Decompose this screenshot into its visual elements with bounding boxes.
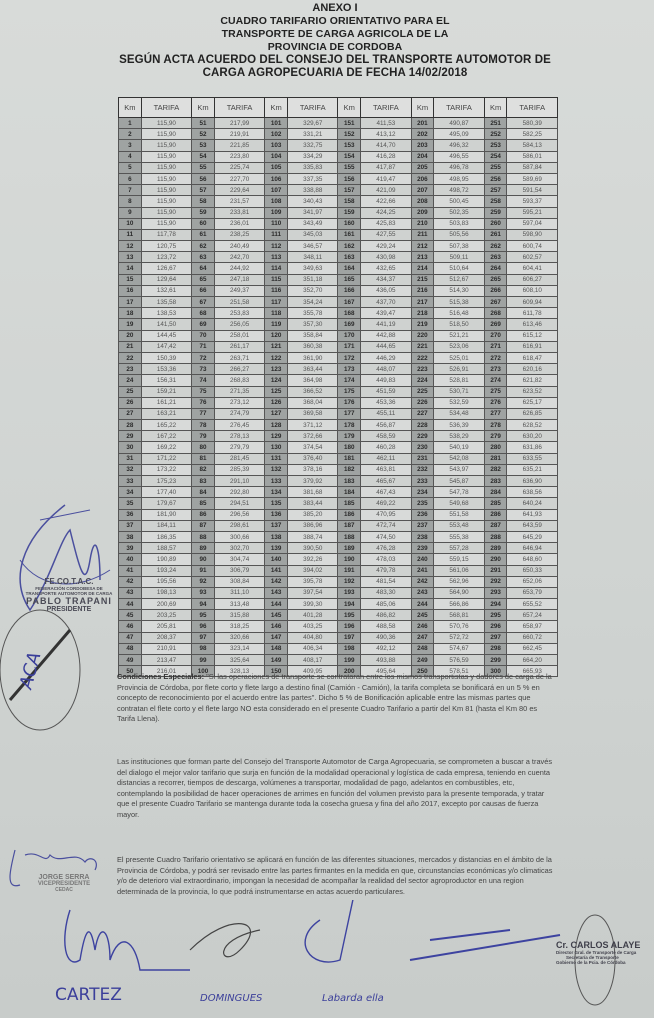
tarifa-cell: 231,57 bbox=[214, 196, 264, 207]
km-cell: 98 bbox=[192, 643, 215, 654]
km-cell: 11 bbox=[119, 229, 142, 240]
tarifa-cell: 404,80 bbox=[288, 632, 338, 643]
tarifa-cell: 580,39 bbox=[507, 118, 558, 129]
km-cell: 23 bbox=[119, 364, 142, 375]
km-cell: 25 bbox=[119, 386, 142, 397]
km-cell: 225 bbox=[411, 386, 434, 397]
km-cell: 174 bbox=[338, 375, 361, 386]
km-cell: 18 bbox=[119, 308, 142, 319]
table-row: 32173,2282285,39132378,16182463,81232543… bbox=[119, 464, 558, 475]
km-cell: 1 bbox=[119, 118, 142, 129]
km-cell: 287 bbox=[484, 520, 507, 531]
stamp-serra: JORGE SERRA VICEPRESIDENTE CEDAC bbox=[14, 874, 114, 893]
tarifa-cell: 274,79 bbox=[214, 408, 264, 419]
km-cell: 209 bbox=[411, 207, 434, 218]
tarifa-cell: 628,52 bbox=[507, 420, 558, 431]
tarifa-cell: 221,85 bbox=[214, 140, 264, 151]
column-header-tarifa: TARIFA bbox=[141, 98, 191, 118]
table-row: 35179,6785294,51135383,44185469,22235549… bbox=[119, 498, 558, 509]
document-header: ANEXO I CUADRO TARIFARIO ORIENTATIVO PAR… bbox=[110, 2, 560, 80]
km-cell: 241 bbox=[411, 565, 434, 576]
table-row: 18138,5368253,83118355,78168439,47218516… bbox=[119, 308, 558, 319]
tarifa-cell: 345,03 bbox=[288, 229, 338, 240]
tarifa-cell: 318,25 bbox=[214, 621, 264, 632]
tarifa-cell: 436,05 bbox=[361, 285, 411, 296]
tarifa-cell: 496,55 bbox=[434, 151, 484, 162]
km-cell: 67 bbox=[192, 297, 215, 308]
km-cell: 65 bbox=[192, 274, 215, 285]
km-cell: 270 bbox=[484, 330, 507, 341]
tarifa-cell: 285,39 bbox=[214, 464, 264, 475]
km-cell: 208 bbox=[411, 196, 434, 207]
km-cell: 128 bbox=[265, 420, 288, 431]
km-cell: 172 bbox=[338, 352, 361, 363]
km-cell: 86 bbox=[192, 509, 215, 520]
tarifa-cell: 208,37 bbox=[141, 632, 191, 643]
tarifa-cell: 351,18 bbox=[288, 274, 338, 285]
tarifa-cell: 338,88 bbox=[288, 185, 338, 196]
tarifa-cell: 397,54 bbox=[288, 587, 338, 598]
km-cell: 276 bbox=[484, 397, 507, 408]
tarifa-cell: 271,35 bbox=[214, 386, 264, 397]
tarifa-cell: 302,70 bbox=[214, 543, 264, 554]
tarifa-cell: 658,97 bbox=[507, 621, 558, 632]
km-cell: 88 bbox=[192, 531, 215, 542]
tarifa-cell: 278,13 bbox=[214, 431, 264, 442]
tarifa-cell: 437,70 bbox=[361, 297, 411, 308]
km-cell: 53 bbox=[192, 140, 215, 151]
column-header-km: Km bbox=[338, 98, 361, 118]
km-cell: 196 bbox=[338, 621, 361, 632]
table-row: 45203,2595315,88145401,28195486,82245568… bbox=[119, 610, 558, 621]
km-cell: 3 bbox=[119, 140, 142, 151]
tarifa-cell: 348,11 bbox=[288, 252, 338, 263]
km-cell: 105 bbox=[265, 162, 288, 173]
km-cell: 112 bbox=[265, 241, 288, 252]
km-cell: 190 bbox=[338, 554, 361, 565]
table-row: 31171,2281281,45131376,40181462,11231542… bbox=[119, 453, 558, 464]
column-header-tarifa: TARIFA bbox=[361, 98, 411, 118]
tarifa-cell: 251,58 bbox=[214, 297, 264, 308]
tarifa-cell: 515,38 bbox=[434, 297, 484, 308]
tarifa-cell: 411,53 bbox=[361, 118, 411, 129]
paragraph-commitment: Las instituciones que forman parte del C… bbox=[117, 757, 557, 821]
tarifa-cell: 572,72 bbox=[434, 632, 484, 643]
stamp-fecotac: FE.CO.T.A.C. FEDERACIÓN CORDOBESA DE TRA… bbox=[14, 577, 124, 613]
km-cell: 236 bbox=[411, 509, 434, 520]
km-cell: 279 bbox=[484, 431, 507, 442]
km-cell: 117 bbox=[265, 297, 288, 308]
km-cell: 290 bbox=[484, 554, 507, 565]
km-cell: 70 bbox=[192, 330, 215, 341]
column-header-km: Km bbox=[484, 98, 507, 118]
tarifa-cell: 553,48 bbox=[434, 520, 484, 531]
tarifa-cell: 147,42 bbox=[141, 341, 191, 352]
km-cell: 158 bbox=[338, 196, 361, 207]
km-cell: 75 bbox=[192, 386, 215, 397]
tarifa-cell: 198,13 bbox=[141, 587, 191, 598]
km-cell: 285 bbox=[484, 498, 507, 509]
km-cell: 211 bbox=[411, 229, 434, 240]
tarifa-cell: 498,95 bbox=[434, 173, 484, 184]
km-cell: 133 bbox=[265, 476, 288, 487]
tarifa-cell: 376,40 bbox=[288, 453, 338, 464]
tarifa-cell: 261,17 bbox=[214, 341, 264, 352]
tarifa-cell: 660,72 bbox=[507, 632, 558, 643]
tarifa-cell: 507,38 bbox=[434, 241, 484, 252]
tarifa-cell: 368,04 bbox=[288, 397, 338, 408]
km-cell: 4 bbox=[119, 151, 142, 162]
km-cell: 240 bbox=[411, 554, 434, 565]
tarifa-cell: 200,69 bbox=[141, 599, 191, 610]
km-cell: 280 bbox=[484, 442, 507, 453]
tarifa-cell: 205,81 bbox=[141, 621, 191, 632]
km-cell: 138 bbox=[265, 531, 288, 542]
km-cell: 251 bbox=[484, 118, 507, 129]
tarifa-cell: 334,29 bbox=[288, 151, 338, 162]
tarifa-cell: 631,86 bbox=[507, 442, 558, 453]
table-row: 2115,9052219,91102331,21152413,12202495,… bbox=[119, 129, 558, 140]
stamp-line: FE.CO.T.A.C. bbox=[14, 577, 124, 586]
tarifa-cell: 604,41 bbox=[507, 263, 558, 274]
km-cell: 129 bbox=[265, 431, 288, 442]
km-cell: 247 bbox=[411, 632, 434, 643]
tarifa-cell: 223,80 bbox=[214, 151, 264, 162]
km-cell: 27 bbox=[119, 408, 142, 419]
km-cell: 223 bbox=[411, 364, 434, 375]
km-cell: 64 bbox=[192, 263, 215, 274]
km-cell: 299 bbox=[484, 655, 507, 666]
tarifa-cell: 532,59 bbox=[434, 397, 484, 408]
tarifa-cell: 294,51 bbox=[214, 498, 264, 509]
tarifa-cell: 117,78 bbox=[141, 229, 191, 240]
km-cell: 295 bbox=[484, 610, 507, 621]
km-cell: 130 bbox=[265, 442, 288, 453]
tarifa-cell: 493,88 bbox=[361, 655, 411, 666]
tarifa-cell: 646,94 bbox=[507, 543, 558, 554]
table-row: 43198,1393311,10143397,54193483,30243564… bbox=[119, 587, 558, 598]
tarifa-cell: 238,25 bbox=[214, 229, 264, 240]
tarifa-cell: 115,90 bbox=[141, 129, 191, 140]
tarifa-cell: 542,08 bbox=[434, 453, 484, 464]
tarifa-cell: 394,02 bbox=[288, 565, 338, 576]
tarifa-cell: 300,66 bbox=[214, 531, 264, 542]
tarifa-cell: 448,07 bbox=[361, 364, 411, 375]
km-cell: 188 bbox=[338, 531, 361, 542]
table-row: 30169,2280279,79130374,54180460,28230540… bbox=[119, 442, 558, 453]
km-cell: 123 bbox=[265, 364, 288, 375]
table-row: 40190,8990304,74140392,26190478,03240559… bbox=[119, 554, 558, 565]
km-cell: 183 bbox=[338, 476, 361, 487]
tarifa-cell: 156,31 bbox=[141, 375, 191, 386]
km-cell: 9 bbox=[119, 207, 142, 218]
km-cell: 293 bbox=[484, 587, 507, 598]
km-cell: 7 bbox=[119, 185, 142, 196]
km-cell: 115 bbox=[265, 274, 288, 285]
tarifa-cell: 458,59 bbox=[361, 431, 411, 442]
km-cell: 163 bbox=[338, 252, 361, 263]
tarifa-cell: 503,83 bbox=[434, 218, 484, 229]
km-cell: 204 bbox=[411, 151, 434, 162]
tarifa-cell: 329,67 bbox=[288, 118, 338, 129]
km-cell: 291 bbox=[484, 565, 507, 576]
tarifa-cell: 392,26 bbox=[288, 554, 338, 565]
tarifa-cell: 648,60 bbox=[507, 554, 558, 565]
stamp-line: Gobierno de la Pcia. de Córdoba bbox=[556, 960, 654, 965]
km-cell: 254 bbox=[484, 151, 507, 162]
km-cell: 127 bbox=[265, 408, 288, 419]
tarifa-cell: 298,61 bbox=[214, 520, 264, 531]
tarifa-cell: 551,58 bbox=[434, 509, 484, 520]
tarifa-cell: 115,90 bbox=[141, 207, 191, 218]
km-cell: 278 bbox=[484, 420, 507, 431]
table-row: 29167,2279278,13129372,66179458,59229538… bbox=[119, 431, 558, 442]
km-cell: 96 bbox=[192, 621, 215, 632]
km-cell: 28 bbox=[119, 420, 142, 431]
tarifa-cell: 652,06 bbox=[507, 576, 558, 587]
km-cell: 168 bbox=[338, 308, 361, 319]
km-cell: 194 bbox=[338, 599, 361, 610]
stamp-name: Cr. CARLOS ALAYE bbox=[556, 940, 654, 950]
tarifa-cell: 276,45 bbox=[214, 420, 264, 431]
km-cell: 140 bbox=[265, 554, 288, 565]
km-cell: 107 bbox=[265, 185, 288, 196]
handwritten-name: CARTEZ bbox=[55, 985, 122, 1005]
km-cell: 141 bbox=[265, 565, 288, 576]
km-cell: 215 bbox=[411, 274, 434, 285]
tarifa-cell: 434,37 bbox=[361, 274, 411, 285]
km-cell: 51 bbox=[192, 118, 215, 129]
tarifa-cell: 115,90 bbox=[141, 118, 191, 129]
column-header-km: Km bbox=[119, 98, 142, 118]
km-cell: 58 bbox=[192, 196, 215, 207]
km-cell: 224 bbox=[411, 375, 434, 386]
tarifa-cell: 177,40 bbox=[141, 487, 191, 498]
km-cell: 30 bbox=[119, 442, 142, 453]
km-cell: 108 bbox=[265, 196, 288, 207]
km-cell: 124 bbox=[265, 375, 288, 386]
km-cell: 289 bbox=[484, 543, 507, 554]
km-cell: 106 bbox=[265, 173, 288, 184]
km-cell: 243 bbox=[411, 587, 434, 598]
km-cell: 175 bbox=[338, 386, 361, 397]
tarifa-cell: 417,87 bbox=[361, 162, 411, 173]
tarifa-cell: 422,66 bbox=[361, 196, 411, 207]
tarifa-cell: 643,59 bbox=[507, 520, 558, 531]
km-cell: 235 bbox=[411, 498, 434, 509]
tarifa-cell: 545,87 bbox=[434, 476, 484, 487]
km-cell: 62 bbox=[192, 241, 215, 252]
subtitle-line: SEGÚN ACTA ACUERDO DEL CONSEJO DEL TRANS… bbox=[110, 54, 560, 67]
km-cell: 283 bbox=[484, 476, 507, 487]
km-cell: 233 bbox=[411, 476, 434, 487]
km-cell: 31 bbox=[119, 453, 142, 464]
km-cell: 72 bbox=[192, 352, 215, 363]
km-cell: 8 bbox=[119, 196, 142, 207]
stamp-role: PRESIDENTE bbox=[14, 606, 124, 613]
km-cell: 78 bbox=[192, 420, 215, 431]
km-cell: 229 bbox=[411, 431, 434, 442]
tarifa-cell: 444,65 bbox=[361, 341, 411, 352]
tarifa-cell: 576,59 bbox=[434, 655, 484, 666]
tarifa-cell: 429,24 bbox=[361, 241, 411, 252]
tarifa-cell: 500,45 bbox=[434, 196, 484, 207]
km-cell: 19 bbox=[119, 319, 142, 330]
table-row: 49213,4799325,64149408,17199493,88249576… bbox=[119, 655, 558, 666]
km-cell: 152 bbox=[338, 129, 361, 140]
km-cell: 185 bbox=[338, 498, 361, 509]
km-cell: 234 bbox=[411, 487, 434, 498]
km-cell: 231 bbox=[411, 453, 434, 464]
km-cell: 245 bbox=[411, 610, 434, 621]
tarifa-cell: 555,38 bbox=[434, 531, 484, 542]
km-cell: 110 bbox=[265, 218, 288, 229]
tarifa-cell: 249,37 bbox=[214, 285, 264, 296]
tarifa-cell: 618,47 bbox=[507, 352, 558, 363]
tarifa-cell: 653,79 bbox=[507, 587, 558, 598]
tarifa-cell: 217,99 bbox=[214, 118, 264, 129]
tarifa-cell: 386,96 bbox=[288, 520, 338, 531]
tarifa-cell: 179,67 bbox=[141, 498, 191, 509]
tarifa-cell: 609,94 bbox=[507, 297, 558, 308]
table-row: 27163,2177274,79127369,58177455,11227534… bbox=[119, 408, 558, 419]
tarifa-cell: 505,56 bbox=[434, 229, 484, 240]
tarifa-cell: 616,91 bbox=[507, 341, 558, 352]
table-row: 12120,7562240,49112346,57162429,24212507… bbox=[119, 241, 558, 252]
tarifa-cell: 441,19 bbox=[361, 319, 411, 330]
km-cell: 155 bbox=[338, 162, 361, 173]
km-cell: 97 bbox=[192, 632, 215, 643]
km-cell: 219 bbox=[411, 319, 434, 330]
km-cell: 156 bbox=[338, 173, 361, 184]
km-cell: 281 bbox=[484, 453, 507, 464]
tarifa-cell: 485,06 bbox=[361, 599, 411, 610]
subtitle-line: CARGA AGROPECUARIA DE FECHA 14/02/2018 bbox=[110, 67, 560, 80]
tarifa-cell: 313,48 bbox=[214, 599, 264, 610]
title-line: PROVINCIA DE CORDOBA bbox=[110, 41, 560, 54]
km-cell: 122 bbox=[265, 352, 288, 363]
km-cell: 296 bbox=[484, 621, 507, 632]
km-cell: 151 bbox=[338, 118, 361, 129]
km-cell: 193 bbox=[338, 587, 361, 598]
tarifa-cell: 587,84 bbox=[507, 162, 558, 173]
tarifa-cell: 210,91 bbox=[141, 643, 191, 654]
km-cell: 103 bbox=[265, 140, 288, 151]
km-cell: 116 bbox=[265, 285, 288, 296]
km-cell: 159 bbox=[338, 207, 361, 218]
tarifa-cell: 623,52 bbox=[507, 386, 558, 397]
km-cell: 14 bbox=[119, 263, 142, 274]
km-cell: 227 bbox=[411, 408, 434, 419]
table-row: 42195,5692308,84142395,78192481,54242562… bbox=[119, 576, 558, 587]
tarifa-cell: 292,80 bbox=[214, 487, 264, 498]
tarifa-cell: 640,24 bbox=[507, 498, 558, 509]
tarifa-cell: 562,96 bbox=[434, 576, 484, 587]
table-body: 1115,9051217,99101329,67151411,53201490,… bbox=[119, 118, 558, 677]
km-cell: 119 bbox=[265, 319, 288, 330]
tarifa-cell: 490,36 bbox=[361, 632, 411, 643]
tarifa-cell: 540,19 bbox=[434, 442, 484, 453]
tarifa-cell: 352,70 bbox=[288, 285, 338, 296]
tarifa-cell: 258,01 bbox=[214, 330, 264, 341]
tarifa-cell: 526,91 bbox=[434, 364, 484, 375]
tarifa-cell: 566,86 bbox=[434, 599, 484, 610]
km-cell: 135 bbox=[265, 498, 288, 509]
table-row: 4115,9054223,80104334,29154416,28204496,… bbox=[119, 151, 558, 162]
tarifa-cell: 456,87 bbox=[361, 420, 411, 431]
tarifa-cell: 229,64 bbox=[214, 185, 264, 196]
km-cell: 63 bbox=[192, 252, 215, 263]
tarifa-cell: 175,23 bbox=[141, 476, 191, 487]
km-cell: 222 bbox=[411, 352, 434, 363]
tarifa-cell: 430,98 bbox=[361, 252, 411, 263]
tarifa-cell: 538,29 bbox=[434, 431, 484, 442]
signature-trapani bbox=[0, 500, 130, 740]
tarifa-cell: 490,87 bbox=[434, 118, 484, 129]
tarifa-cell: 625,17 bbox=[507, 397, 558, 408]
tarifa-cell: 525,01 bbox=[434, 352, 484, 363]
table-row: 19141,5069256,05119357,30169441,19219518… bbox=[119, 319, 558, 330]
table-row: 44200,6994313,48144399,30194485,06244566… bbox=[119, 599, 558, 610]
km-cell: 77 bbox=[192, 408, 215, 419]
km-cell: 198 bbox=[338, 643, 361, 654]
km-cell: 262 bbox=[484, 241, 507, 252]
km-cell: 84 bbox=[192, 487, 215, 498]
tarifa-cell: 488,58 bbox=[361, 621, 411, 632]
tarifa-cell: 306,79 bbox=[214, 565, 264, 576]
km-cell: 206 bbox=[411, 173, 434, 184]
tarifa-cell: 366,52 bbox=[288, 386, 338, 397]
km-cell: 66 bbox=[192, 285, 215, 296]
km-cell: 178 bbox=[338, 420, 361, 431]
tarifa-cell: 256,05 bbox=[214, 319, 264, 330]
handwritten-name: DOMINGUES bbox=[200, 993, 262, 1004]
km-cell: 80 bbox=[192, 442, 215, 453]
km-cell: 195 bbox=[338, 610, 361, 621]
tarifa-cell: 126,67 bbox=[141, 263, 191, 274]
tarifa-cell: 163,21 bbox=[141, 408, 191, 419]
km-cell: 68 bbox=[192, 308, 215, 319]
km-cell: 237 bbox=[411, 520, 434, 531]
tarifa-cell: 188,57 bbox=[141, 543, 191, 554]
tarifa-cell: 492,12 bbox=[361, 643, 411, 654]
annex-title: ANEXO I bbox=[110, 2, 560, 15]
tarifa-cell: 227,70 bbox=[214, 173, 264, 184]
tarifa-cell: 236,01 bbox=[214, 218, 264, 229]
tarifa-cell: 595,21 bbox=[507, 207, 558, 218]
km-cell: 139 bbox=[265, 543, 288, 554]
tarifa-cell: 357,30 bbox=[288, 319, 338, 330]
km-cell: 191 bbox=[338, 565, 361, 576]
km-cell: 256 bbox=[484, 173, 507, 184]
km-cell: 217 bbox=[411, 297, 434, 308]
tarifa-cell: 184,11 bbox=[141, 520, 191, 531]
km-cell: 89 bbox=[192, 543, 215, 554]
tarifa-cell: 173,22 bbox=[141, 464, 191, 475]
tarifa-cell: 602,57 bbox=[507, 252, 558, 263]
table-row: 37184,1187298,61137386,96187472,74237553… bbox=[119, 520, 558, 531]
km-cell: 239 bbox=[411, 543, 434, 554]
km-cell: 55 bbox=[192, 162, 215, 173]
tarifa-cell: 153,36 bbox=[141, 364, 191, 375]
tarifa-cell: 358,84 bbox=[288, 330, 338, 341]
tarifa-cell: 432,65 bbox=[361, 263, 411, 274]
km-cell: 201 bbox=[411, 118, 434, 129]
column-header-tarifa: TARIFA bbox=[507, 98, 558, 118]
table-row: 28165,2278276,45128371,12178456,87228536… bbox=[119, 420, 558, 431]
tarifa-cell: 633,55 bbox=[507, 453, 558, 464]
column-header-km: Km bbox=[411, 98, 434, 118]
